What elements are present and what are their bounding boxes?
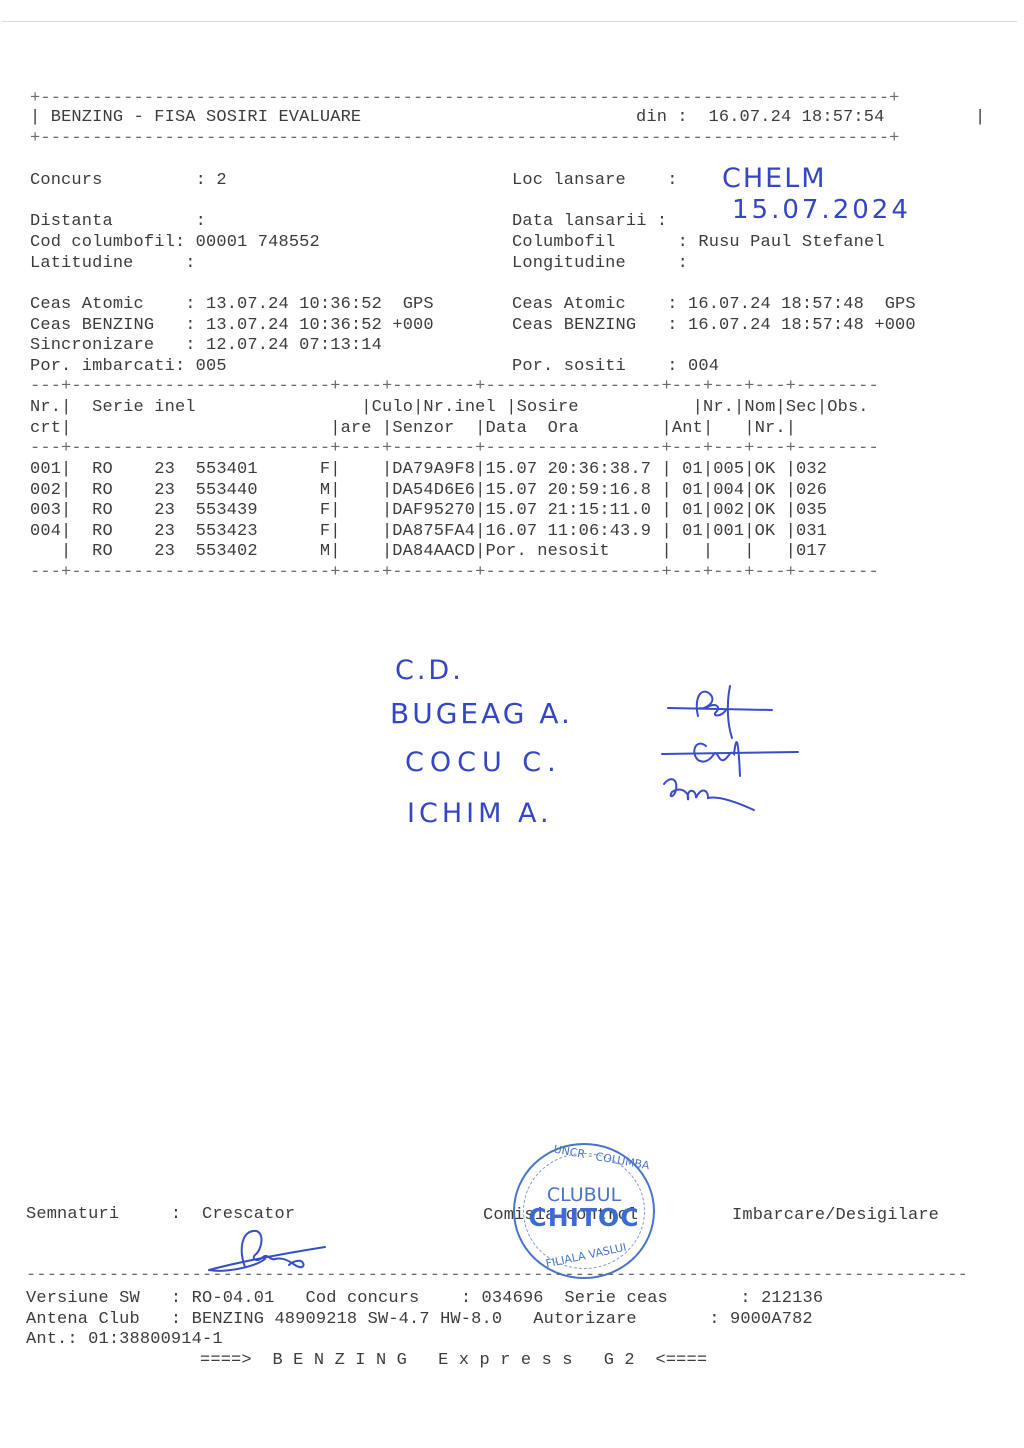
document-title: BENZING - FISA SOSIRI EVALUARE: [51, 108, 362, 127]
imbarcati-count: 005: [196, 357, 227, 376]
header-row: | BENZING - FISA SOSIRI EVALUARE: [30, 108, 361, 129]
handwritten-name-2: COCU C.: [405, 747, 562, 778]
table-row: | RO 23 553402 M| |DA84AACD|Por. nesosit…: [30, 542, 879, 563]
din-label: din :: [636, 108, 688, 127]
latitudine-field: Latitudine :: [30, 254, 206, 275]
data-lansarii-field: Data lansarii :: [512, 212, 667, 233]
scan-edge-line: [2, 21, 1017, 22]
signatures-divider: ----------------------------------------…: [26, 1266, 968, 1287]
din-value: 16.07.24 18:57:54: [708, 108, 884, 127]
footer-brand: ====> B E N Z I N G E x p r e s s G 2 <=…: [200, 1351, 707, 1372]
end-atomic-clock: Ceas Atomic : 16.07.24 18:57:48 GPS: [512, 295, 916, 316]
cod-columbofil-field: Cod columbofil: 00001 748552: [30, 233, 320, 254]
table-border-bottom: ---+-------------------------+----+-----…: [30, 563, 879, 584]
footer-ant: Ant.: 01:38800914-1: [26, 1330, 223, 1351]
imbarcare-desigilare-label: Imbarcare/Desigilare: [732, 1206, 939, 1227]
header-border-bottom: +---------------------------------------…: [30, 129, 900, 150]
table-row: 003| RO 23 553439 F| |DAF95270|15.07 21:…: [30, 501, 879, 522]
sositi-field: Por. sositi : 004: [512, 357, 719, 378]
stamp-name-text: CHITOC: [515, 1205, 653, 1231]
table-row: 004| RO 23 553423 F| |DA875FA4|16.07 11:…: [30, 522, 879, 543]
club-stamp: UNCR - COLUMBA CLUBUL CHITOC FILIALA VAS…: [513, 1143, 655, 1279]
imbarcati-field: Por. imbarcati: 005: [30, 357, 227, 378]
signatures-label: Semnaturi: [26, 1205, 119, 1224]
sincronizare-field: Sincronizare : 12.07.24 07:13:14: [30, 336, 382, 357]
header-border-right: |: [975, 108, 985, 129]
crescator-label: Crescator: [202, 1205, 295, 1224]
loc-lansare-handwritten: CHELM: [722, 163, 827, 194]
table-header-row-1: Nr.| Serie inel |Culo|Nr.inel |Sosire |N…: [30, 398, 869, 419]
start-benzing-clock: Ceas BENZING : 13.07.24 10:36:52 +000: [30, 316, 434, 337]
cod-columbofil-value: 00001 748552: [196, 233, 320, 252]
longitudine-field: Longitudine :: [512, 254, 698, 275]
handwritten-name-1: BUGEAG A.: [390, 697, 573, 730]
concurs-field: Concurs : 2: [30, 171, 227, 192]
columbofil-field: Columbofil : Rusu Paul Stefanel: [512, 233, 885, 254]
columbofil-value: Rusu Paul Stefanel: [698, 233, 884, 252]
stamp-club-text: CLUBUL: [515, 1185, 653, 1205]
footer-antena: Antena Club : BENZING 48909218 SW-4.7 HW…: [26, 1310, 813, 1331]
header-date: din : 16.07.24 18:57:54: [636, 108, 884, 129]
table-header-border: ---+-------------------------+----+-----…: [30, 439, 879, 460]
sositi-count: 004: [688, 357, 719, 376]
table-border-top: ---+-------------------------+----+-----…: [30, 377, 879, 398]
handwritten-committee-title: C.D.: [395, 655, 464, 686]
table-row: 002| RO 23 553440 M| |DA54D6E6|15.07 20:…: [30, 481, 879, 502]
loc-lansare-field: Loc lansare :: [512, 171, 678, 192]
table-row: 001| RO 23 553401 F| |DA79A9F8|15.07 20:…: [30, 460, 879, 481]
distanta-field: Distanta :: [30, 212, 216, 233]
header-border-top: +---------------------------------------…: [30, 89, 900, 110]
start-atomic-clock: Ceas Atomic : 13.07.24 10:36:52 GPS: [30, 295, 434, 316]
data-lansarii-handwritten: 15.07.2024: [732, 195, 911, 225]
footer-versiune: Versiune SW : RO-04.01 Cod concurs : 034…: [26, 1289, 823, 1310]
signatures-row: Semnaturi : Crescator: [26, 1205, 295, 1226]
committee-signatures: [660, 680, 810, 820]
handwritten-name-3: ICHIM A.: [407, 798, 553, 829]
table-header-row-2: crt| |are |Senzor |Data Ora |Ant| |Nr.|: [30, 419, 796, 440]
concurs-value: 2: [216, 171, 226, 190]
end-benzing-clock: Ceas BENZING : 16.07.24 18:57:48 +000: [512, 316, 916, 337]
